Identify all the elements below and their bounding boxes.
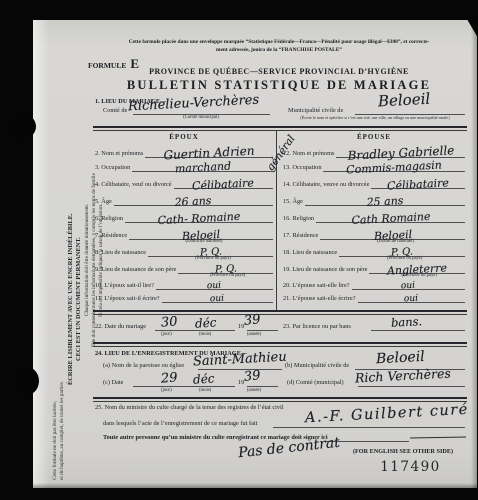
handwritten-value: 25 ans — [366, 195, 403, 208]
enregistrement-month-handwritten: déc — [193, 372, 215, 385]
field-nom-epoux: 2. Nom et prénoms Guertin Adrien — [95, 147, 273, 158]
enregistrement-year-handwritten: 39 — [243, 369, 261, 384]
date-year-line — [247, 330, 278, 331]
field-naissance-epouse: 18. Lieu de naissance P. Q.(Province ou … — [283, 246, 465, 257]
handwritten-value: oui — [210, 295, 225, 305]
licence-handwritten-value: bans. — [391, 316, 423, 329]
licence-fill-line — [371, 330, 465, 331]
enregistrement-comte-line — [358, 386, 465, 387]
enregistrement-municipalite-label: (b) Municipalité civile de — [285, 363, 349, 369]
ministre-signature-handwritten: A.-F. Guilbert curé — [305, 403, 469, 426]
handwritten-value: Cath Romaine — [351, 211, 430, 226]
margin-note-bold-2: CECI EST UN DOCUMENT PERMANENT. — [76, 148, 82, 450]
section-rule — [93, 130, 467, 131]
enregistrement-date-line — [133, 386, 235, 387]
handwritten-value: Commis-magasin — [346, 160, 442, 176]
date-year-handwritten: 39 — [243, 313, 261, 328]
field-naissance-pere-epouse: 19. Lieu de naissance de son père Anglet… — [283, 263, 465, 274]
field-age-epouse: 15. Âge 25 ans — [283, 195, 465, 206]
section-rule — [93, 126, 467, 128]
handwritten-value: Célibataire — [192, 177, 254, 191]
handwritten-value: Guertin Adrien — [163, 145, 255, 162]
enregistrement-municipalite-value: Beloeil — [376, 350, 425, 367]
enregistrement-day-handwritten: 29 — [161, 371, 178, 385]
enregistrement-year-line — [247, 386, 278, 387]
handwritten-value: oui — [401, 282, 416, 292]
field-residence-epouse: 17. Résidence Beloeil(Domicile habituel) — [283, 229, 465, 240]
document-paper: Cette formule ne doit pas être lacérée, … — [33, 20, 477, 488]
paroisse-fill-line — [198, 369, 282, 370]
handwritten-value: Cath- Romaine — [157, 211, 240, 226]
municipalite-handwritten-value: Beloeil — [378, 92, 431, 110]
handwritten-value: marchand — [174, 161, 231, 175]
section-rule — [93, 346, 467, 347]
margin-note-small-1: Chaque information doit être donnée minu… — [85, 34, 90, 486]
date-day-handwritten: 30 — [161, 315, 178, 329]
margin-note-outer-1: Cette formule ne doit pas être lacérée, — [53, 401, 58, 480]
municipalite-label: Municipalité civile de — [288, 108, 343, 114]
microfilm-background: Cette formule ne doit pas être lacérée, … — [0, 0, 478, 500]
province-service-line: PROVINCE DE QUÉBEC—SERVICE PROVINCIAL D’… — [88, 68, 470, 76]
year-printed-prefix: 19 — [238, 324, 244, 330]
handwritten-value: oui — [207, 282, 222, 292]
field-religion-epouse: 16. Religion Cath Romaine — [283, 212, 465, 223]
annee-sub-label: (année) — [247, 389, 261, 394]
epoux-column-header: ÉPOUX — [95, 134, 273, 141]
comte-handwritten-value: Richelieu-Verchères — [128, 94, 260, 114]
ministre-label-line-1: 25. Nom du ministre du culte chargé de l… — [95, 405, 284, 411]
enregistrement-year-prefix: 19 — [238, 380, 244, 386]
field-naissance-epoux: 8. Lieu de naissance P. Q.(Province ou p… — [95, 246, 273, 257]
field-religion-epoux: 6. Religion Cath- Romaine — [95, 212, 273, 223]
field-ecrire-epouse: 21. L’épouse sait-elle écrire? oui — [283, 292, 465, 303]
ministre-label-line-2: dans lesquels l’acte de l’enregistrement… — [103, 421, 257, 427]
municipalite-sub-label: (Écrire le nom et spécifier si c’est une… — [283, 116, 467, 120]
field-occupation-epouse: 13. Occupation Commis-magasin — [283, 161, 465, 172]
postal-notice-line-1: Cette formule placée dans une enveloppe … — [88, 40, 470, 45]
paper-edge-highlight — [33, 20, 49, 488]
section-rule — [93, 397, 467, 399]
field-naissance-pere-epoux: 9. Lieu de naissance de son père P. Q.(P… — [95, 263, 273, 274]
comte-label: Comté de — [103, 108, 127, 114]
comte-sub-label: (Comté municipal) — [163, 116, 239, 121]
section-rule — [93, 342, 467, 344]
handwritten-value: oui — [404, 295, 419, 305]
enregistrement-comte-label: (d) Comté (municipal) — [287, 380, 344, 386]
enregistrement-comte-value: Rich Verchères — [355, 367, 451, 385]
ministre-fill-line — [273, 427, 465, 428]
field-occupation-epoux: 3. Occupation marchand — [95, 161, 273, 172]
serial-number-stamp: 117490 — [373, 459, 448, 475]
margin-note-bold-1: ÉCRIRE LISIBLEMENT AVEC UNE ENCRE INDÉLÉ… — [68, 148, 74, 450]
field-lire-epoux: 10. L’époux sait-il lire? oui — [95, 279, 273, 290]
mois-sub-label: (mois) — [199, 333, 211, 338]
field-lire-epouse: 20. L’épouse sait-elle lire? oui — [283, 279, 465, 290]
signature-stroke-line — [410, 437, 466, 439]
field-nom-epouse: 12. Nom et prénoms Bradley Gabrielle — [283, 147, 465, 158]
handwritten-value: 26 ans — [175, 195, 212, 208]
paper-edge-shadow — [471, 20, 477, 488]
margin-note-outer-2: et de baptême, au complet, de toutes les… — [60, 381, 65, 480]
jour-sub-label: (jour) — [161, 389, 172, 394]
handwritten-value: Célibataire — [387, 177, 449, 191]
postal-notice-line-2: ment adressée, jouira de la “FRANCHISE P… — [88, 48, 470, 53]
field-residence-epoux: 7. Résidence Beloeil(Domicile habituel) — [95, 229, 273, 240]
jour-sub-label: (jour) — [161, 333, 172, 338]
section-rule — [93, 401, 467, 402]
mois-sub-label: (mois) — [199, 389, 211, 394]
field-etat-civil-epoux: 4. Célibataire, veuf ou divorcé Célibata… — [95, 178, 273, 189]
field-age-epoux: 5. Âge 26 ans — [95, 195, 273, 206]
licence-bans-label: 23. Par licence ou par bans — [283, 324, 351, 330]
punch-hole-bottom — [15, 367, 39, 395]
english-note: (FOR ENGLISH SEE OTHER SIDE) — [342, 449, 464, 455]
enregistrement-date-label: (c) Date — [103, 380, 123, 386]
field-etat-civil-epouse: 14. Célibataire, veuve ou divorcée Célib… — [283, 178, 465, 189]
section-rule — [93, 310, 467, 312]
paroisse-handwritten-value: Saint-Mathieu — [193, 351, 287, 369]
annee-sub-label: (année) — [247, 333, 261, 338]
date-month-handwritten: déc — [195, 316, 217, 329]
epouse-column-header: ÉPOUSE — [283, 134, 465, 141]
punch-hole-top — [10, 114, 36, 139]
date-mariage-label: 22. Date du mariage — [95, 324, 146, 330]
field-ecrire-epoux: 11. L’époux sait-il écrire? oui — [95, 292, 273, 303]
paroisse-label: (a) Nom de la paroisse ou église — [103, 363, 184, 369]
